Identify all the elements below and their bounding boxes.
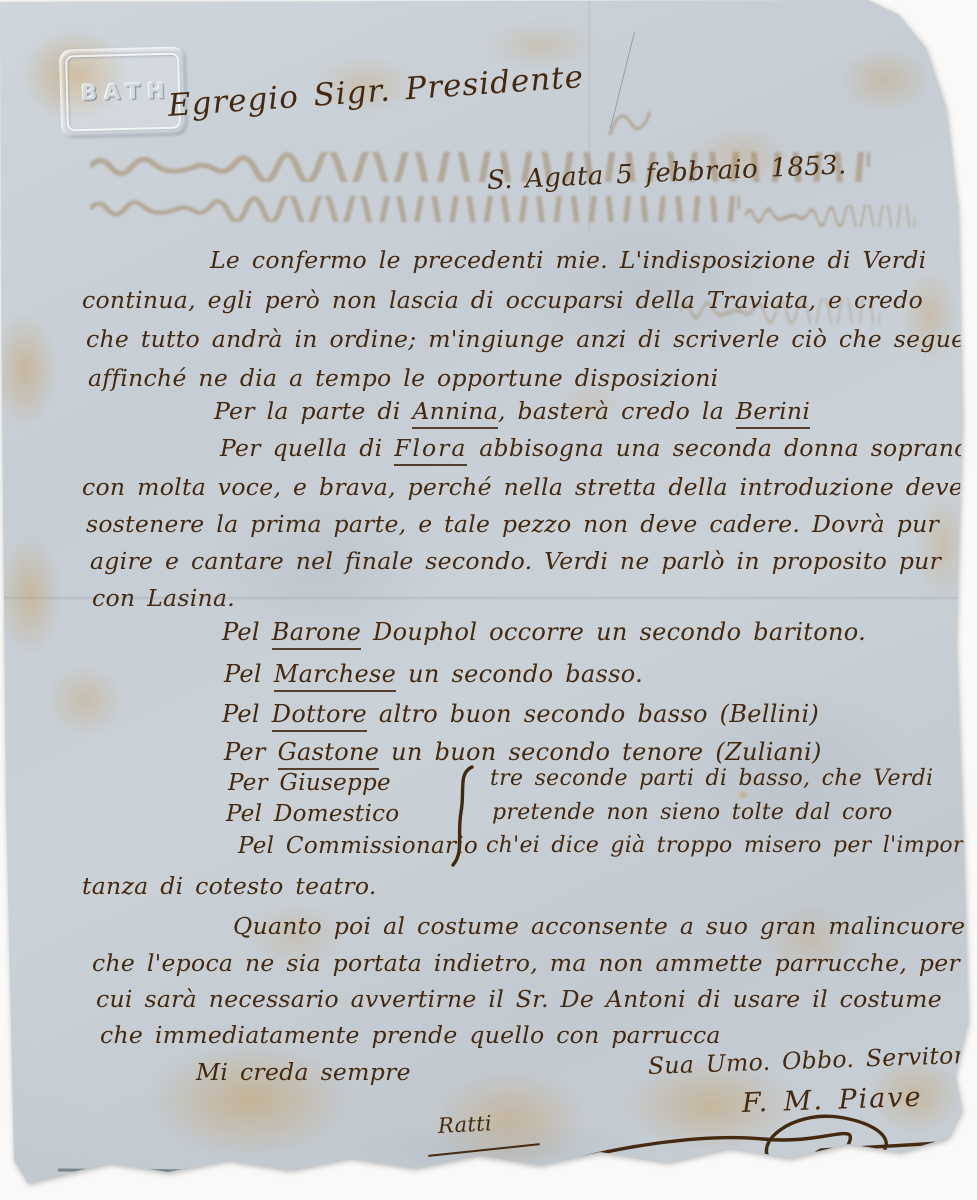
letter-scan: BATH Egregio Sigr. Presidente S. Agata 5… [0, 0, 977, 1200]
note-line: ch'ei dice già troppo misero per l'impor… [486, 833, 971, 858]
cast-pre: Pel [222, 700, 272, 728]
flora-pre: Per quella di [220, 434, 394, 462]
body-line: che tutto andrà in ordine; m'ingiunge an… [86, 325, 965, 353]
flora-post: abbisogna una seconda donna soprano [467, 434, 968, 462]
docket-note: Ratti [437, 1111, 492, 1138]
bleedthrough-line [90, 152, 870, 182]
body-line-flora: Per quella di Flora abbisogna una second… [220, 434, 969, 462]
cast-post: altro buon secondo basso (Bellini) [367, 700, 819, 728]
salutation: Egregio Sigr. Presidente [167, 59, 585, 124]
signature-flourish [553, 1103, 948, 1187]
docket-dash [474, 1159, 487, 1163]
bottom-edge-shadow [58, 1168, 218, 1172]
cast-pre: Pel [224, 660, 274, 688]
cast-line: Per Gastone un buon secondo tenore (Zuli… [224, 738, 822, 766]
dateline: S. Agata 5 febbraio 1853. [486, 150, 847, 196]
cast-post: un secondo basso. [396, 660, 643, 688]
cast-line: Pel Marchese un secondo basso. [224, 660, 643, 688]
horizontal-fold-crease [0, 596, 977, 600]
annina-name: Annina [412, 397, 498, 429]
cast-role: Gastone [278, 738, 380, 770]
bleedthrough-line [90, 196, 740, 222]
note-line: pretende non sieno tolte dal coro [492, 800, 893, 825]
berini-name: Berini [736, 397, 810, 429]
role-line: Pel Domestico [226, 801, 399, 827]
body-line-annina: Per la parte di Annina, basterà credo la… [214, 397, 810, 425]
foxing-stains [0, 0, 977, 1200]
annina-mid: , basterà credo la [498, 397, 736, 425]
cast-pre: Pel [222, 618, 272, 646]
cast-post: Douphol occorre un secondo baritono. [361, 618, 866, 646]
bleedthrough-mark [600, 100, 660, 145]
body-line: continua, egli però non lascia di occupa… [82, 286, 923, 314]
note-line: tre seconde parti di basso, che Verdi [490, 766, 933, 791]
cast-pre: Per [224, 738, 278, 766]
body-line: con molta voce, e brava, perché nella st… [82, 473, 963, 501]
bleedthrough-line [745, 205, 915, 227]
annina-pre: Per la parte di [214, 397, 412, 425]
body-line: affinché ne dia a tempo le opportune dis… [88, 364, 718, 392]
cast-role: Barone [272, 618, 361, 650]
role-line: Pel Commissionario [238, 833, 478, 859]
cast-role: Dottore [272, 700, 367, 732]
body-line: Quanto poi al costume acconsente a suo g… [233, 912, 965, 940]
body-line: Le confermo le precedenti mie. L'indispo… [210, 246, 926, 274]
signature: F. M. Piave [741, 1082, 923, 1119]
docket-underline [428, 1143, 540, 1157]
paper-scratch [610, 31, 635, 128]
role-line: Per Giuseppe [228, 770, 391, 796]
body-line: cui sarà necessario avvertirne il Sr. De… [96, 985, 942, 1013]
body-line: che l'epoca ne sia portata indietro, ma … [92, 949, 960, 977]
paper: BATH Egregio Sigr. Presidente S. Agata 5… [0, 0, 977, 1200]
cast-role: Marchese [274, 660, 396, 692]
flora-name: Flora [394, 434, 467, 466]
vertical-fold-crease [588, 0, 591, 230]
bleedthrough-line [680, 298, 880, 324]
cast-post: un buon secondo tenore (Zuliani) [379, 738, 821, 766]
closing-left: Mi creda sempre [196, 1058, 411, 1086]
curly-brace [448, 764, 478, 872]
closing-right: Sua Umo. Obbo. Servitore [648, 1040, 977, 1080]
embossed-stamp: BATH [59, 46, 187, 137]
stamp-text: BATH [59, 46, 187, 137]
paper-wrap: BATH Egregio Sigr. Presidente S. Agata 5… [0, 0, 977, 1200]
body-line: che immediatamente prende quello con par… [100, 1021, 721, 1049]
body-line: sostenere la prima parte, e tale pezzo n… [86, 510, 939, 538]
body-line: con Lasina. [92, 584, 235, 612]
body-line: agire e cantare nel finale secondo. Verd… [90, 547, 941, 575]
cast-line: Pel Barone Douphol occorre un secondo ba… [222, 618, 866, 646]
cast-line: Pel Dottore altro buon secondo basso (Be… [222, 700, 819, 728]
body-line: tanza di cotesto teatro. [82, 872, 377, 900]
